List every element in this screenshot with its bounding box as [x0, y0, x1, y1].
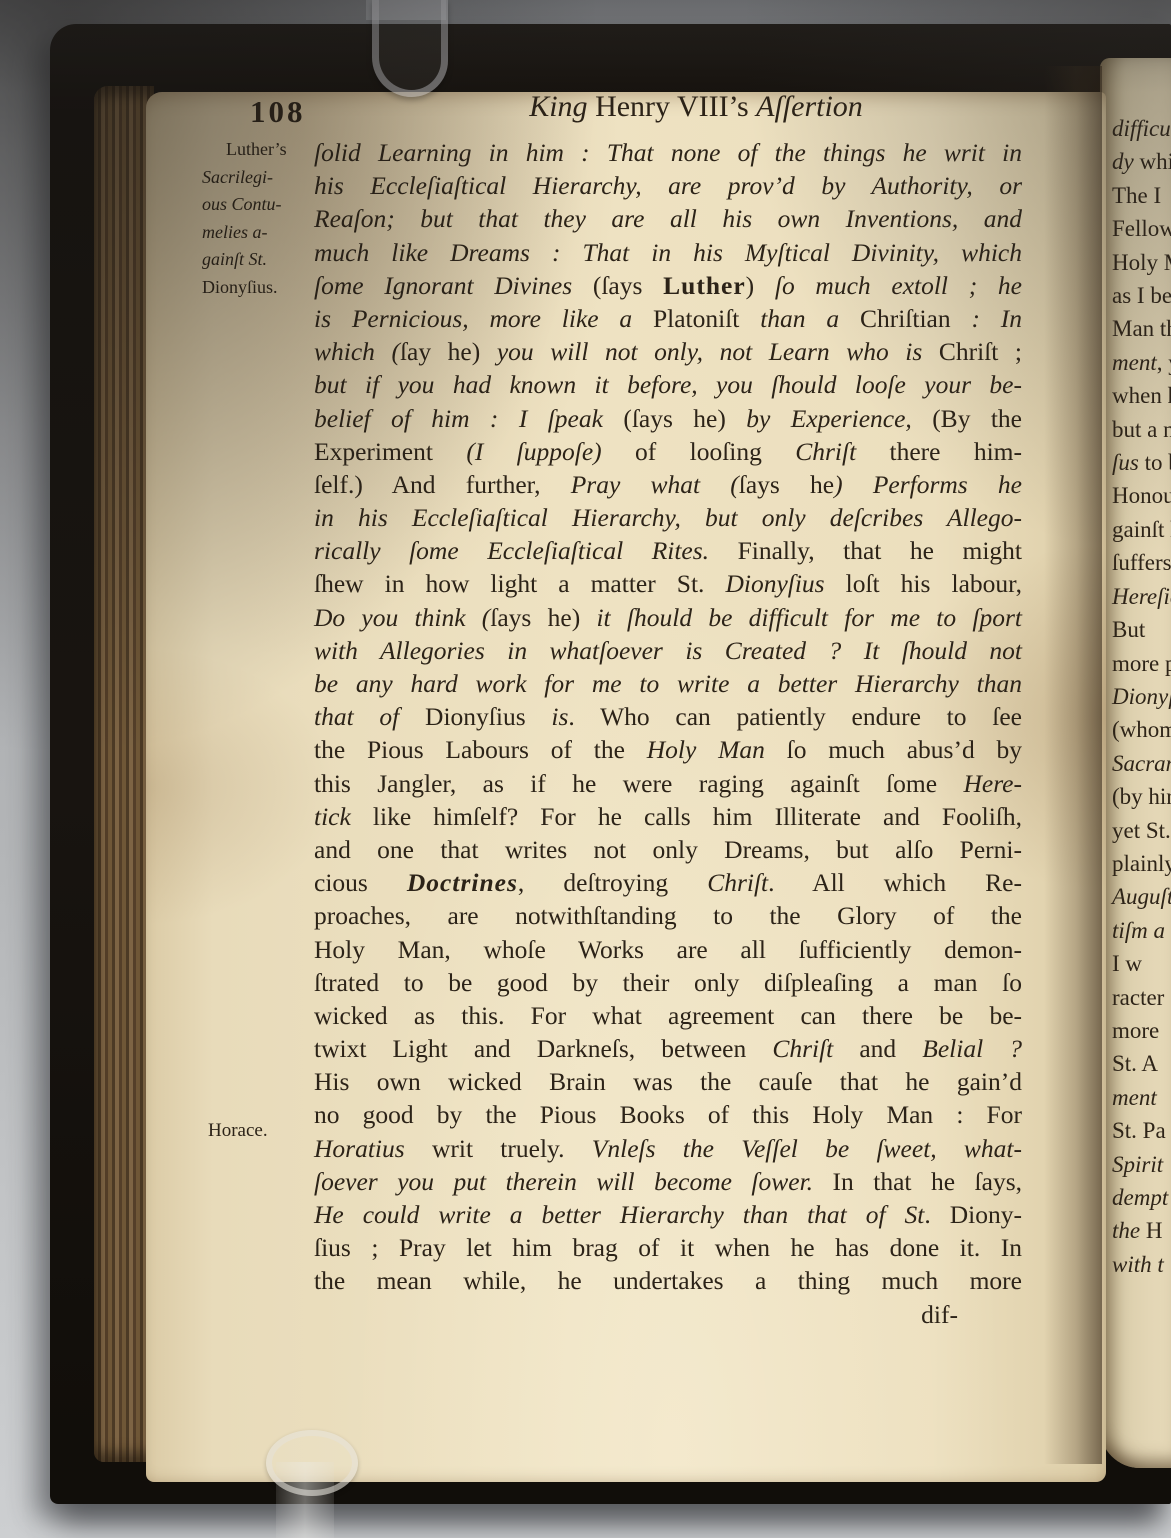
- text-line: belief of him : I ſpeak (ſays he) by Exp…: [314, 402, 1022, 435]
- text-line: but a nev: [1112, 413, 1171, 446]
- text-line: Dionyſi: [1112, 680, 1171, 713]
- page-edges-stack: [94, 86, 154, 1462]
- text-line: which (ſay he) you will not only, not Le…: [314, 335, 1022, 368]
- text-line: dempt: [1112, 1181, 1171, 1214]
- running-title: King Henry VIII’s Aſſertion: [342, 90, 1050, 124]
- text-line: ment: [1112, 1081, 1171, 1114]
- text-line: is Pernicious, more like a Platoniſt tha…: [314, 302, 1022, 335]
- text-line: Dionyſius.: [202, 274, 318, 302]
- text-line: ſuffers hi: [1112, 546, 1171, 579]
- catchword: dif-: [314, 1300, 958, 1330]
- text-line: ſus to be: [1112, 446, 1171, 479]
- text-line: and one that writes not only Dreams, but…: [314, 833, 1022, 866]
- text-line: (whom: [1112, 713, 1171, 746]
- text-line: Sacrilegi-: [202, 164, 318, 192]
- text-line: Reaſon; but that they are all his own In…: [314, 202, 1022, 235]
- margin-note-luther: Luther’sSacrilegi-ous Contu-melies a-gai…: [202, 136, 318, 302]
- text-line: His own wicked Brain was the cauſe that …: [314, 1065, 1022, 1098]
- text-line: The I: [1112, 179, 1171, 212]
- facing-page-text: difficult,dy whichThe IFellows oHoly Maa…: [1100, 58, 1171, 1281]
- text-line: racter: [1112, 981, 1171, 1014]
- text-line: Fellows o: [1112, 212, 1171, 245]
- text-line: ſoever you put therein will become ſower…: [314, 1165, 1022, 1198]
- text-line: cious Doctrines, deſtroying Chriſt. All …: [314, 866, 1022, 899]
- text-line: in his Eccleſiaſtical Hierarchy, but onl…: [314, 501, 1022, 534]
- text-line: gainſt St.: [202, 246, 318, 274]
- text-line: plainly: [1112, 847, 1171, 880]
- text-line: Honours: [1112, 479, 1171, 512]
- photo-scene: difficult,dy whichThe IFellows oHoly Maa…: [0, 0, 1171, 1538]
- text-line: proaches, are notwithſtanding to the Glo…: [314, 899, 1022, 932]
- text-line: Horatius writ truely. Vnleſs the Veſſel …: [314, 1132, 1022, 1165]
- text-line: St. Pa: [1112, 1114, 1171, 1147]
- book-strap-top-loop: [372, 0, 448, 97]
- text-line: but if you had known it before, you ſhou…: [314, 368, 1022, 401]
- text-line: more: [1112, 1014, 1171, 1047]
- text-line: more pl: [1112, 647, 1171, 680]
- text-line: Spirit: [1112, 1148, 1171, 1181]
- text-line: I w: [1112, 947, 1171, 980]
- text-line: tick like himſelf? For he calls him Illi…: [314, 800, 1022, 833]
- text-line: difficult,: [1112, 112, 1171, 145]
- text-line: ſhew in how light a matter St. Dionyſius…: [314, 567, 1022, 600]
- text-line: with t: [1112, 1248, 1171, 1281]
- text-line: rically ſome Eccleſiaſtical Rites. Final…: [314, 534, 1022, 567]
- text-line: this Jangler, as if he were raging again…: [314, 767, 1022, 800]
- text-line: melies a-: [202, 219, 318, 247]
- text-line: ſius ; Pray let him brag of it when he h…: [314, 1231, 1022, 1264]
- text-line: Do you think (ſays he) it ſhould be diff…: [314, 601, 1022, 634]
- text-line: Luther’s: [202, 136, 318, 164]
- text-line: ous Contu-: [202, 191, 318, 219]
- text-line: ſtrated to be good by their only diſplea…: [314, 966, 1022, 999]
- page-number: 108: [250, 94, 306, 130]
- text-line: (by hir: [1112, 780, 1171, 813]
- text-line: Holy Ma: [1112, 246, 1171, 279]
- text-line: Hereſies.: [1112, 580, 1171, 613]
- text-line: tiſm a: [1112, 914, 1171, 947]
- text-line: Sacram: [1112, 747, 1171, 780]
- text-line: gainſt hi: [1112, 513, 1171, 546]
- text-line: with Allegories in whatſoever is Created…: [314, 634, 1022, 667]
- text-line: dy which: [1112, 145, 1171, 178]
- book-strap-bottom-band: [276, 1462, 334, 1538]
- text-line: the Pious Labours of the Holy Man ſo muc…: [314, 733, 1022, 766]
- margin-note-horace: Horace.: [208, 1120, 268, 1142]
- text-line: ſelf.) And further, Pray what (ſays he) …: [314, 468, 1022, 501]
- text-line: King Henry VIII’s Aſſertion: [342, 90, 1050, 124]
- text-line: when he: [1112, 379, 1171, 412]
- text-line: wicked as this. For what agreement can t…: [314, 999, 1022, 1032]
- text-line: Man that: [1112, 312, 1171, 345]
- text-line: that of Dionyſius is. Who can patiently …: [314, 700, 1022, 733]
- text-line: the H: [1112, 1214, 1171, 1247]
- text-line: Holy Man, whoſe Works are all ſufficient…: [314, 933, 1022, 966]
- text-line: ſolid Learning in him : That none of the…: [314, 136, 1022, 169]
- text-line: ment, yet: [1112, 346, 1171, 379]
- text-line: twixt Light and Darkneſs, between Chriſt…: [314, 1032, 1022, 1065]
- text-line: yet St.: [1112, 814, 1171, 847]
- text-line: St. A: [1112, 1047, 1171, 1080]
- text-line: no good by the Pious Books of this Holy …: [314, 1098, 1022, 1131]
- left-page: 108 King Henry VIII’s Aſſertion Luther’s…: [146, 92, 1106, 1482]
- text-line: much like Dreams : That in his Myſtical …: [314, 236, 1022, 269]
- text-line: as I begu: [1112, 279, 1171, 312]
- text-line: be any hard work for me to write a bette…: [314, 667, 1022, 700]
- text-line: Auguſt: [1112, 880, 1171, 913]
- facing-page: difficult,dy whichThe IFellows oHoly Maa…: [1100, 58, 1171, 1468]
- text-line: But: [1112, 613, 1171, 646]
- text-line: ſome Ignorant Divines (ſays Luther) ſo m…: [314, 269, 1022, 302]
- main-text-block: ſolid Learning in him : That none of the…: [314, 136, 1022, 1298]
- text-line: Experiment (I ſuppoſe) of looſing Chriſt…: [314, 435, 1022, 468]
- text-line: his Eccleſiaſtical Hierarchy, are prov’d…: [314, 169, 1022, 202]
- text-line: the mean while, he undertakes a thing mu…: [314, 1264, 1022, 1297]
- text-line: He could write a better Hierarchy than t…: [314, 1198, 1022, 1231]
